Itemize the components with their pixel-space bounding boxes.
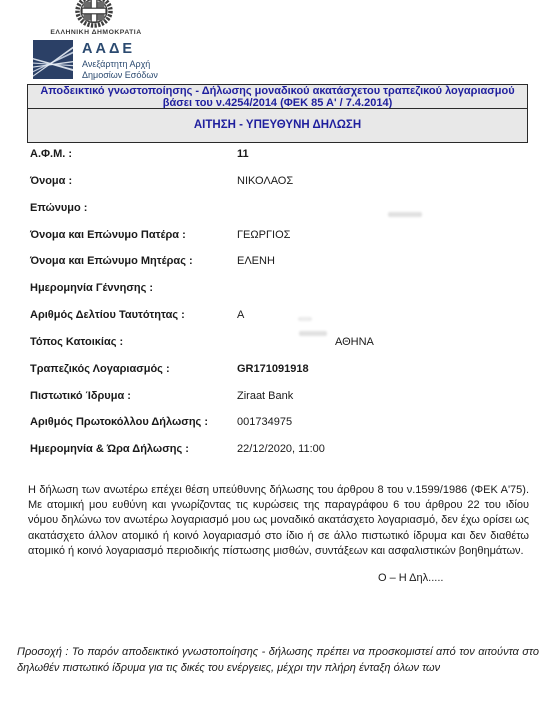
redaction-smudge (388, 212, 422, 217)
aade-subtitle-line1: Ανεξάρτητη Αρχή (82, 59, 158, 70)
field-label-protocol-number: Αριθμός Πρωτοκόλλου Δήλωσης : (30, 416, 237, 428)
form-row-last-name: Επώνυμο : (30, 202, 530, 229)
field-label-declaration-datetime: Ημερομηνία & Ώρα Δήλωσης : (30, 443, 237, 455)
document-page: ΕΛΛΗΝΙΚΗ ΔΗΜΟΚΡΑΤΙΑ ΑΑΔΕ Ανεξάρτητη Αρχή… (0, 0, 554, 701)
field-label-birth-date: Ημερομηνία Γέννησης : (30, 282, 237, 294)
field-value-father-name: ΓΕΩΡΓΙΟΣ (237, 229, 290, 241)
form-row-first-name: Όνομα :ΝΙΚΟΛΑΟΣ (30, 175, 530, 202)
field-value-protocol-number: 001734975 (237, 416, 292, 428)
field-label-residence: Τόπος Κατοικίας : (30, 336, 237, 348)
field-value-mother-name: ΕΛΕΝΗ (237, 255, 275, 267)
redaction-smudge (299, 331, 327, 336)
form-row-mother-name: Όνομα και Επώνυμο Μητέρας :ΕΛΕΝΗ (30, 255, 530, 282)
aade-logo-icon (33, 40, 73, 79)
field-label-father-name: Όνομα και Επώνυμο Πατέρα : (30, 229, 237, 241)
greek-coat-of-arms-icon (71, 0, 117, 30)
field-value-declaration-datetime: 22/12/2020, 11:00 (237, 443, 325, 455)
field-value-first-name: ΝΙΚΟΛΑΟΣ (237, 175, 293, 187)
form-row-id-number: Αριθμός Δελτίου Ταυτότητας :Α (30, 309, 530, 336)
declaration-paragraph: Η δήλωση των ανωτέρω επέχει θέση υπεύθυν… (28, 483, 529, 559)
document-title-line1: Αποδεικτικό γνωστοποίησης - Δήλωσης μονα… (28, 86, 527, 98)
form-row-declaration-datetime: Ημερομηνία & Ώρα Δήλωσης :22/12/2020, 11… (30, 443, 530, 470)
form-fields: Α.Φ.Μ. :11 Όνομα :ΝΙΚΟΛΑΟΣ Επώνυμο : Όνο… (30, 148, 530, 470)
document-title-box: Αποδεικτικό γνωστοποίησης - Δήλωσης μονα… (27, 84, 528, 109)
field-label-id-number: Αριθμός Δελτίου Ταυτότητας : (30, 309, 237, 321)
field-label-afm: Α.Φ.Μ. : (30, 148, 237, 160)
field-value-id-number: Α (237, 309, 244, 321)
hellenic-republic-label: ΕΛΛΗΝΙΚΗ ΔΗΜΟΚΡΑΤΙΑ (42, 29, 150, 36)
form-row-bank-account: Τραπεζικός Λογαριασμός :GR171091918 (30, 363, 530, 390)
field-value-afm: 11 (237, 148, 249, 160)
field-label-credit-institution: Πιστωτικό Ίδρυμα : (30, 390, 237, 402)
field-label-mother-name: Όνομα και Επώνυμο Μητέρας : (30, 255, 237, 267)
declarant-signature-label: Ο – Η Δηλ..... (378, 572, 443, 584)
form-row-credit-institution: Πιστωτικό Ίδρυμα :Ziraat Bank (30, 390, 530, 417)
form-row-father-name: Όνομα και Επώνυμο Πατέρα :ΓΕΩΡΓΙΟΣ (30, 229, 530, 256)
aade-subtitle-line2: Δημοσίων Εσόδων (82, 70, 158, 81)
aade-subtitle: Ανεξάρτητη Αρχή Δημοσίων Εσόδων (82, 59, 158, 80)
field-value-credit-institution: Ziraat Bank (237, 390, 293, 402)
aade-acronym: ΑΑΔΕ (82, 41, 135, 57)
field-value-residence: ΑΘΗΝΑ (237, 336, 374, 348)
field-value-bank-account: GR171091918 (237, 363, 309, 375)
field-label-first-name: Όνομα : (30, 175, 237, 187)
form-row-protocol-number: Αριθμός Πρωτοκόλλου Δήλωσης :001734975 (30, 416, 530, 443)
form-row-afm: Α.Φ.Μ. :11 (30, 148, 530, 175)
form-row-residence: Τόπος Κατοικίας :ΑΘΗΝΑ (30, 336, 530, 363)
form-row-birth-date: Ημερομηνία Γέννησης : (30, 282, 530, 309)
field-label-last-name: Επώνυμο : (30, 202, 237, 214)
notice-paragraph: Προσοχή : Το παρόν αποδεικτικό γνωστοποί… (17, 644, 539, 676)
application-declaration-heading: ΑΙΤΗΣΗ - ΥΠΕΥΘΥΝΗ ΔΗΛΩΣΗ (27, 108, 528, 143)
redaction-smudge (298, 317, 312, 321)
field-label-bank-account: Τραπεζικός Λογαριασμός : (30, 363, 237, 375)
